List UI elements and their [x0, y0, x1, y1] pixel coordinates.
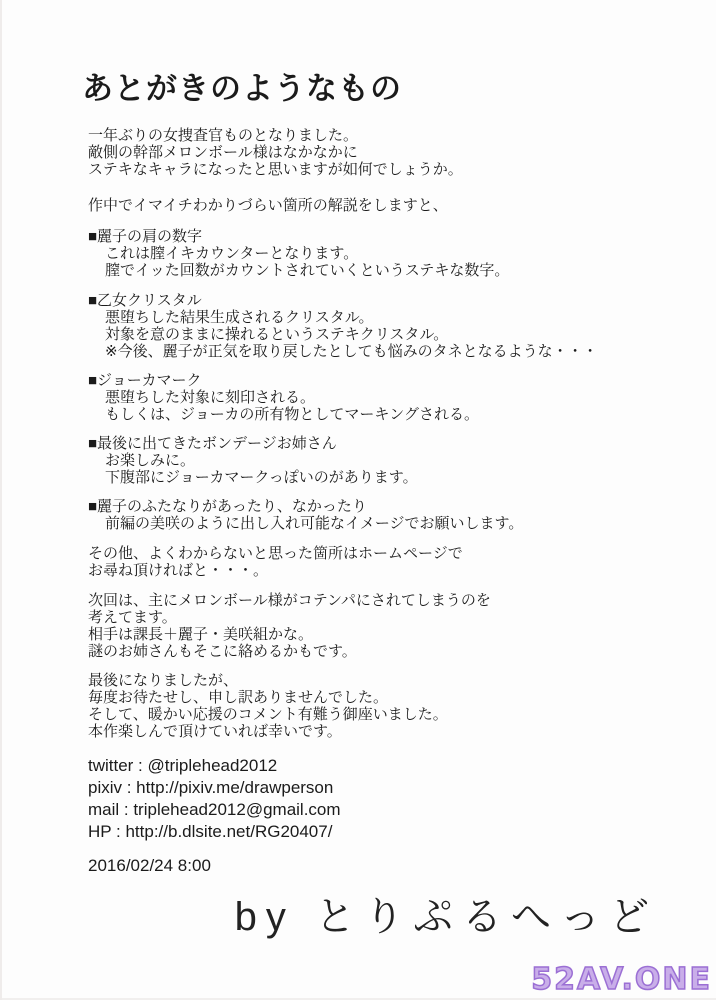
paragraph-line: その他、よくわからないと思った箇所はホームページで — [88, 545, 716, 562]
section-header: ■麗子のふたなりがあったり、なかったり — [88, 498, 716, 515]
paragraph-line: そして、暖かい応援のコメント有難う御座いました。 — [88, 706, 716, 723]
contact-twitter: twitter : @triplehead2012 — [88, 755, 716, 777]
section-line: 悪堕ちした結果生成されるクリスタル。 — [105, 309, 716, 326]
paragraph-line: お尋ね頂ければと・・・。 — [88, 562, 716, 579]
section-header: ■乙女クリスタル — [88, 292, 716, 309]
section-line: 対象を意のままに操れるというステキクリスタル。 — [105, 326, 716, 343]
paragraph-other-questions: その他、よくわからないと思った箇所はホームページで お尋ね頂ければと・・・。 — [88, 545, 716, 579]
contact-info: twitter : @triplehead2012 pixiv : http:/… — [88, 755, 716, 843]
contact-mail: mail : triplehead2012@gmail.com — [88, 799, 716, 821]
paragraph-thanks: 最後になりましたが、 毎度お待たせし、申し訳ありませんでした。 そして、暖かい応… — [88, 672, 716, 740]
paragraph-line: 毎度お待たせし、申し訳ありませんでした。 — [88, 689, 716, 706]
author-signature: by とりぷるへっど — [0, 891, 716, 943]
date-text: 2016/02/24 8:00 — [88, 855, 716, 877]
section-line: もしくは、ジョーカの所有物としてマーキングされる。 — [105, 406, 716, 423]
paragraph-next-work: 次回は、主にメロンボール様がコテンパにされてしまうのを 考えてます。 相手は課長… — [88, 592, 716, 660]
paragraph-line: 謎のお姉さんもそこに絡めるかもです。 — [88, 643, 716, 660]
section-line: 下腹部にジョーカマークっぽいのがあります。 — [105, 469, 716, 486]
intro-line: 敵側の幹部メロンボール様はなかなかに — [88, 144, 716, 161]
watermark-52av-one: 52AV.ONE — [531, 962, 712, 997]
section-shoulder-number: ■麗子の肩の数字 これは膣イキカウンターとなります。 膣でイッた回数がカウントさ… — [88, 228, 716, 279]
lead-line: 作中でイマイチわかりづらい箇所の解説をしますと、 — [88, 197, 716, 214]
section-header: ■ジョーカマーク — [88, 372, 716, 389]
paragraph-line: 相手は課長＋麗子・美咲組かな。 — [88, 626, 716, 643]
intro-line: 一年ぶりの女捜査官ものとなりました。 — [88, 127, 716, 144]
paragraph-line: 最後になりましたが、 — [88, 672, 716, 689]
section-header: ■麗子の肩の数字 — [88, 228, 716, 245]
section-header: ■最後に出てきたボンデージお姉さん — [88, 435, 716, 452]
page-title: あとがきのようなもの — [82, 70, 716, 108]
paragraph-line: 次回は、主にメロンボール様がコテンパにされてしまうのを — [88, 592, 716, 609]
section-line: お楽しみに。 — [105, 452, 716, 469]
section-line: これは膣イキカウンターとなります。 — [105, 245, 716, 262]
lead-paragraph: 作中でイマイチわかりづらい箇所の解説をしますと、 — [88, 197, 716, 214]
paragraph-line: 本作楽しんで頂けていれば幸いです。 — [88, 723, 716, 740]
section-line: 前編の美咲のように出し入れ可能なイメージでお願いします。 — [105, 515, 716, 532]
contact-pixiv: pixiv : http://pixiv.me/drawperson — [88, 777, 716, 799]
paragraph-line: 考えてます。 — [88, 609, 716, 626]
section-futanari: ■麗子のふたなりがあったり、なかったり 前編の美咲のように出し入れ可能なイメージ… — [88, 498, 716, 532]
section-line: 悪堕ちした対象に刻印される。 — [105, 389, 716, 406]
intro-line: ステキなキャラになったと思いますが如何でしょうか。 — [88, 161, 716, 178]
section-bondage-sister: ■最後に出てきたボンデージお姉さん お楽しみに。 下腹部にジョーカマークっぽいの… — [88, 435, 716, 486]
date-line: 2016/02/24 8:00 — [88, 855, 716, 877]
intro-paragraph: 一年ぶりの女捜査官ものとなりました。 敵側の幹部メロンボール様はなかなかに ステ… — [88, 127, 716, 178]
section-line: ※今後、麗子が正気を取り戻したとしても悩みのタネとなるような・・・ — [105, 343, 716, 360]
section-otome-crystal: ■乙女クリスタル 悪堕ちした結果生成されるクリスタル。 対象を意のままに操れると… — [88, 292, 716, 360]
section-line: 膣でイッた回数がカウントされていくというステキな数字。 — [105, 262, 716, 279]
contact-hp: HP : http://b.dlsite.net/RG20407/ — [88, 821, 716, 843]
afterword-page: あとがきのようなもの 一年ぶりの女捜査官ものとなりました。 敵側の幹部メロンボー… — [0, 0, 716, 1000]
section-joker-mark: ■ジョーカマーク 悪堕ちした対象に刻印される。 もしくは、ジョーカの所有物として… — [88, 372, 716, 423]
